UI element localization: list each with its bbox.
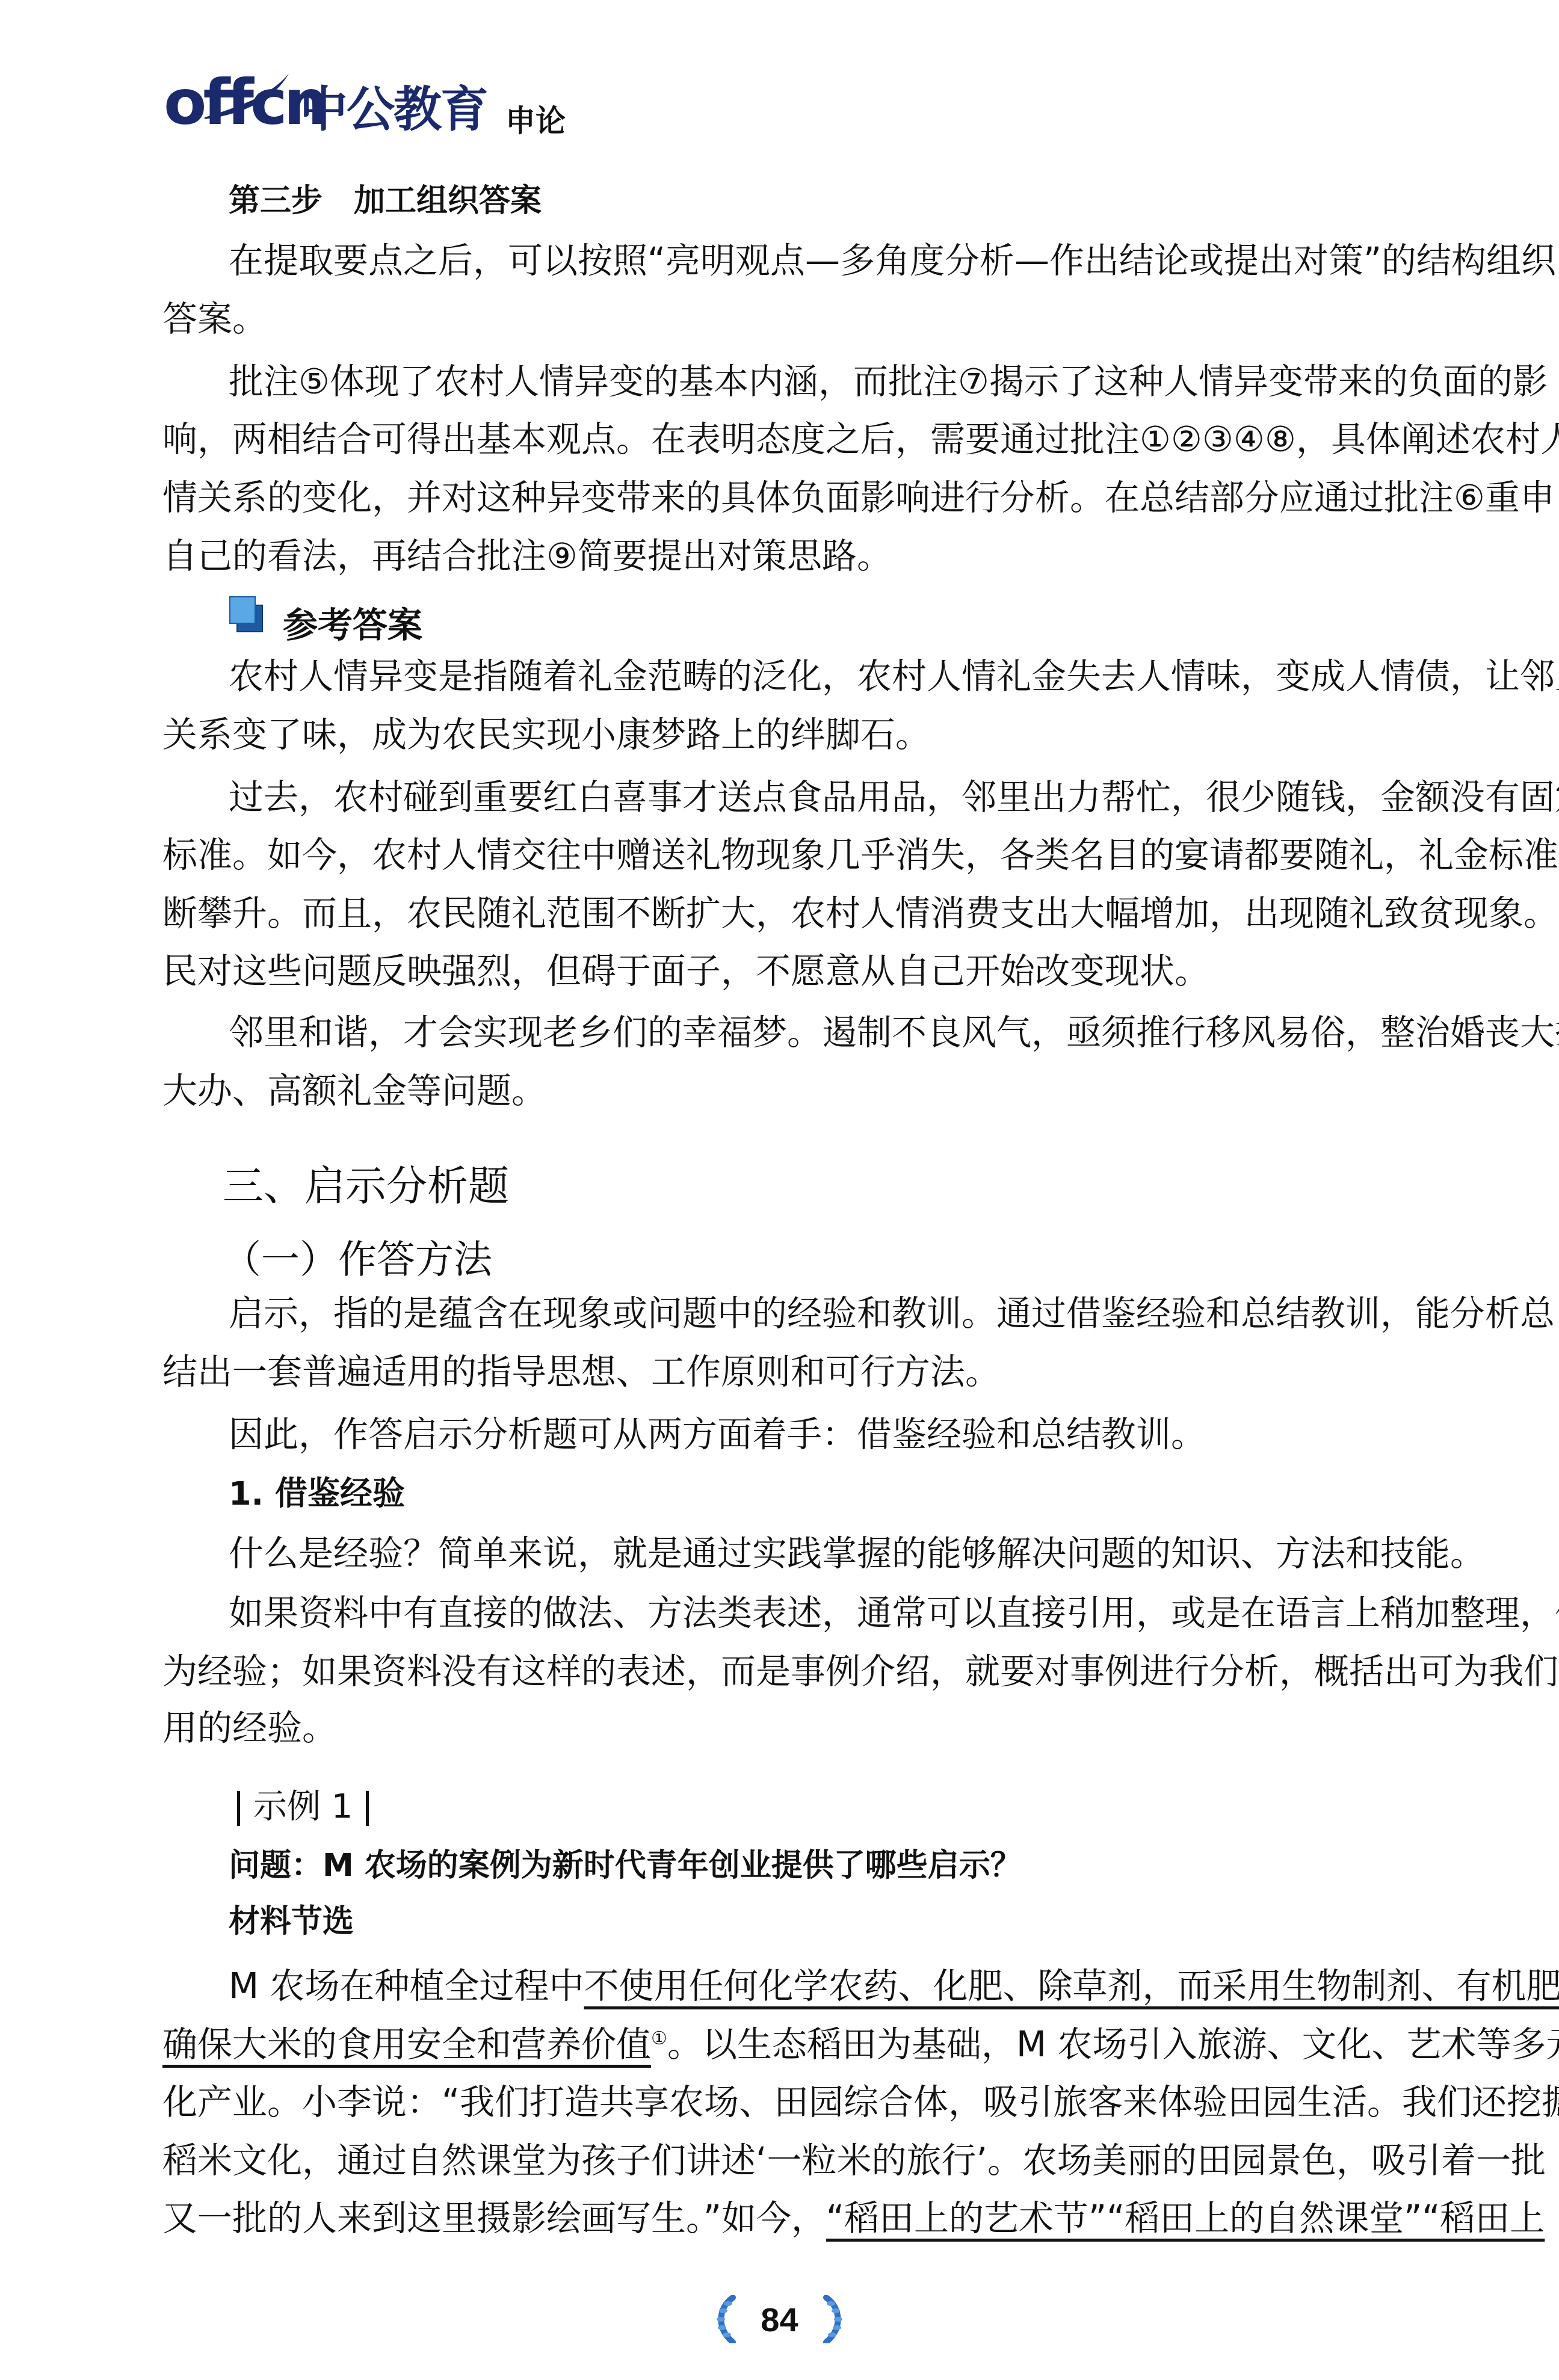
subsection-heading: （一）作答方法: [223, 1229, 492, 1284]
section-heading: 三、启示分析题: [223, 1154, 509, 1212]
paragraph-line: 用的经验。: [162, 1710, 1504, 1745]
annotation-marker: ①: [651, 2028, 667, 2049]
paragraph-line: 什么是经验？简单来说，就是通过实践掌握的能够解决问题的知识、方法和技能。: [229, 1536, 1559, 1571]
answer-line: 标准。如今，农村人情交往中赠送礼物现象几乎消失，各类名目的宴请都要随礼，礼金标准…: [162, 837, 1504, 872]
wheat-laurel-right-icon: [820, 2295, 844, 2343]
wheat-laurel-left-icon: [715, 2295, 739, 2343]
reference-answer-title: 参考答案: [283, 597, 422, 647]
paragraph-line: 情关系的变化，并对这种异变带来的具体负面影响进行分析。在总结部分应通过批注⑥重申: [162, 480, 1504, 515]
answer-line: 断攀升。而且，农民随礼范围不断扩大，农村人情消费支出大幅增加，出现随礼致贫现象。…: [162, 896, 1504, 931]
material-line: 又一批的人来到这里摄影绘画写生。”如今，“稻田上的艺术节”“稻田上的自然课堂”“…: [162, 2201, 1504, 2236]
example-tag: 示例 1: [224, 1780, 382, 1828]
paragraph-line: 答案。: [162, 301, 1504, 336]
material-text: M 农场在种植全过程中: [229, 1965, 584, 2006]
paragraph-line: 为经验；如果资料没有这样的表述，而是事例介绍，就要对事例进行分析，概括出可为我们…: [162, 1654, 1504, 1689]
material-line: 稻米文化，通过自然课堂为孩子们讲述‘一粒米的旅行’。农场美丽的田园景色，吸引着一…: [162, 2143, 1504, 2178]
paragraph-line: 响，两相结合可得出基本观点。在表明态度之后，需要通过批注①②③④⑧，具体阐述农村…: [162, 422, 1504, 457]
answer-line: 关系变了味，成为农民实现小康梦路上的绊脚石。: [162, 717, 1504, 752]
material-line: 确保大米的食用安全和营养价值①。以生态稻田为基础，M 农场引入旅游、文化、艺术等…: [162, 2027, 1504, 2062]
answer-line: 邻里和谐，才会实现老乡们的幸福梦。遏制不良风气，亟须推行移风易俗，整治婚丧大操: [229, 1015, 1504, 1050]
stacked-squares-icon: [229, 596, 264, 633]
page-number: 84: [761, 2300, 798, 2339]
answer-line: 民对这些问题反映强烈，但碍于面子，不愿意从自己开始改变现状。: [162, 954, 1504, 988]
material-text: 又一批的人来到这里摄影绘画写生。”如今，: [162, 2198, 826, 2239]
material-line: 化产业。小李说：“我们打造共享农场、田园综合体，吸引旅客来体验田园生活。我们还挖…: [162, 2085, 1504, 2119]
logo-swoosh-icon: [199, 72, 295, 120]
divider: [237, 1791, 240, 1826]
example-label: 示例 1: [253, 1787, 353, 1826]
divider: [366, 1791, 369, 1826]
paragraph-line: 结出一套普遍适用的指导思想、工作原则和可行方法。: [162, 1354, 1504, 1389]
logo-chinese: 中公教育: [300, 85, 487, 134]
material-title: 材料节选: [229, 1906, 1559, 1937]
answer-line: 大办、高额礼金等问题。: [162, 1073, 1504, 1108]
paragraph-line: 如果资料中有直接的做法、方法类表述，通常可以直接引用，或是在语言上稍加整理，作: [229, 1595, 1504, 1630]
example-question: 问题：M 农场的案例为新时代青年创业提供了哪些启示？: [229, 1850, 1559, 1881]
underlined-text: 不使用任何化学农药、化肥、除草剂，而采用生物制剂、有机肥，以: [584, 1965, 1559, 2006]
underlined-text: 确保大米的食用安全和营养价值: [162, 2024, 651, 2065]
point-heading: 1. 借鉴经验: [229, 1478, 1559, 1510]
paragraph-line: 因此，作答启示分析题可从两方面着手：借鉴经验和总结教训。: [229, 1417, 1559, 1452]
underlined-text: “稻田上的艺术节”“稻田上的自然课堂”“稻田上: [826, 2198, 1545, 2239]
paragraph-line: 自己的看法，再结合批注⑨简要提出对策思路。: [162, 538, 1504, 573]
material-line: M 农场在种植全过程中不使用任何化学农药、化肥、除草剂，而采用生物制剂、有机肥，…: [229, 1968, 1504, 2003]
paragraph-line: 在提取要点之后，可以按照“亮明观点—多角度分析—作出结论或提出对策”的结构组织: [229, 243, 1504, 278]
paragraph-line: 批注⑤体现了农村人情异变的基本内涵，而批注⑦揭示了这种人情异变带来的负面的影: [229, 364, 1504, 399]
subject-label: 申论: [505, 106, 566, 136]
answer-line: 农村人情异变是指随着礼金范畴的泛化，农村人情礼金失去人情味，变成人情债，让邻里: [229, 659, 1504, 694]
paragraph-line: 启示，指的是蕴含在现象或问题中的经验和教训。通过借鉴经验和总结教训，能分析总: [229, 1296, 1504, 1331]
answer-line: 过去，农村碰到重要红白喜事才送点食品用品，邻里出力帮忙，很少随钱，金额没有固定: [229, 780, 1504, 815]
step-title: 第三步 加工组织答案: [229, 185, 1559, 217]
material-text: 。以生态稻田为基础，M 农场引入旅游、文化、艺术等多元: [667, 2024, 1559, 2065]
page-footer: 84: [0, 2292, 1559, 2346]
